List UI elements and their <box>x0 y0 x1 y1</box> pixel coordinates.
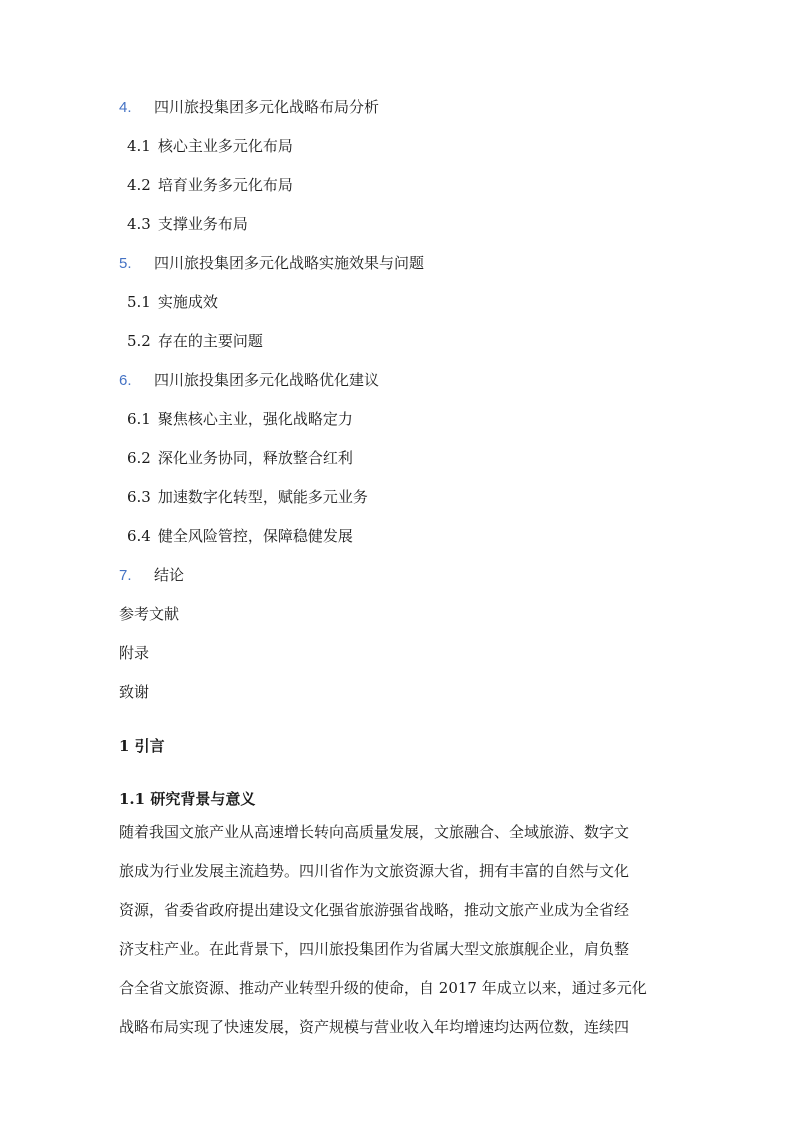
toc-title: 四川旅投集团多元化战略布局分析 <box>154 98 379 116</box>
toc-title: 实施成效 <box>158 293 218 311</box>
chapter-heading: 1 引言 <box>119 736 165 756</box>
toc-title: 核心主业多元化布局 <box>158 137 293 155</box>
paragraph-line: 战略布局实现了快速发展，资产规模与营业收入年均增速均达两位数，连续四 <box>119 1012 679 1042</box>
toc-title: 四川旅投集团多元化战略优化建议 <box>154 371 379 389</box>
toc-number: 4.2 <box>127 175 151 195</box>
toc-entry-appendix[interactable]: 附录 <box>119 643 149 663</box>
toc-title: 培育业务多元化布局 <box>158 176 293 194</box>
toc-title: 存在的主要问题 <box>158 332 263 350</box>
toc-entry-references[interactable]: 参考文献 <box>119 604 179 624</box>
paragraph-line: 旅成为行业发展主流趋势。四川省作为文旅资源大省，拥有丰富的自然与文化 <box>119 856 679 886</box>
toc-title: 健全风险管控，保障稳健发展 <box>158 527 353 545</box>
toc-number: 5. <box>119 254 154 274</box>
toc-entry-acknowledgements[interactable]: 致谢 <box>119 682 149 702</box>
paragraph-line: 随着我国文旅产业从高速增长转向高质量发展，文旅融合、全域旅游、数字文 <box>119 817 679 847</box>
toc-number: 6. <box>119 371 154 391</box>
toc-entry-4[interactable]: 4.四川旅投集团多元化战略布局分析 <box>119 97 379 118</box>
toc-entry-4-1[interactable]: 4.1核心主业多元化布局 <box>127 136 293 156</box>
toc-entry-6-3[interactable]: 6.3加速数字化转型，赋能多元业务 <box>127 487 368 507</box>
toc-number: 4.3 <box>127 214 151 234</box>
toc-entry-6-1[interactable]: 6.1聚焦核心主业，强化战略定力 <box>127 409 353 429</box>
toc-number: 6.1 <box>127 409 151 429</box>
toc-number: 5.2 <box>127 331 151 351</box>
toc-title: 加速数字化转型，赋能多元业务 <box>158 488 368 506</box>
toc-title: 深化业务协同，释放整合红利 <box>158 449 353 467</box>
toc-number: 6.4 <box>127 526 151 546</box>
paragraph-line: 合全省文旅资源、推动产业转型升级的使命，自 2017 年成立以来，通过多元化 <box>119 973 679 1003</box>
toc-entry-4-2[interactable]: 4.2培育业务多元化布局 <box>127 175 293 195</box>
toc-number: 4.1 <box>127 136 151 156</box>
toc-entry-6-2[interactable]: 6.2深化业务协同，释放整合红利 <box>127 448 353 468</box>
document-page: 4.四川旅投集团多元化战略布局分析 4.1核心主业多元化布局 4.2培育业务多元… <box>0 0 793 1122</box>
section-heading: 1.1 研究背景与意义 <box>119 789 255 809</box>
paragraph-line: 济支柱产业。在此背景下，四川旅投集团作为省属大型文旅旗舰企业，肩负整 <box>119 934 679 964</box>
toc-title: 聚焦核心主业，强化战略定力 <box>158 410 353 428</box>
toc-entry-4-3[interactable]: 4.3支撑业务布局 <box>127 214 248 234</box>
toc-number: 6.3 <box>127 487 151 507</box>
toc-number: 7. <box>119 566 154 586</box>
toc-number: 6.2 <box>127 448 151 468</box>
body-paragraph: 随着我国文旅产业从高速增长转向高质量发展，文旅融合、全域旅游、数字文 旅成为行业… <box>119 817 679 1042</box>
toc-number: 5.1 <box>127 292 151 312</box>
toc-entry-5[interactable]: 5.四川旅投集团多元化战略实施效果与问题 <box>119 253 424 274</box>
paragraph-line: 资源，省委省政府提出建设文化强省旅游强省战略，推动文旅产业成为全省经 <box>119 895 679 925</box>
toc-number: 4. <box>119 98 154 118</box>
toc-entry-5-2[interactable]: 5.2存在的主要问题 <box>127 331 263 351</box>
toc-title: 支撑业务布局 <box>158 215 248 233</box>
toc-entry-6-4[interactable]: 6.4健全风险管控，保障稳健发展 <box>127 526 353 546</box>
toc-entry-5-1[interactable]: 5.1实施成效 <box>127 292 218 312</box>
toc-entry-6[interactable]: 6.四川旅投集团多元化战略优化建议 <box>119 370 379 391</box>
toc-entry-7[interactable]: 7.结论 <box>119 565 184 586</box>
toc-title: 结论 <box>154 566 184 584</box>
toc-title: 四川旅投集团多元化战略实施效果与问题 <box>154 254 424 272</box>
